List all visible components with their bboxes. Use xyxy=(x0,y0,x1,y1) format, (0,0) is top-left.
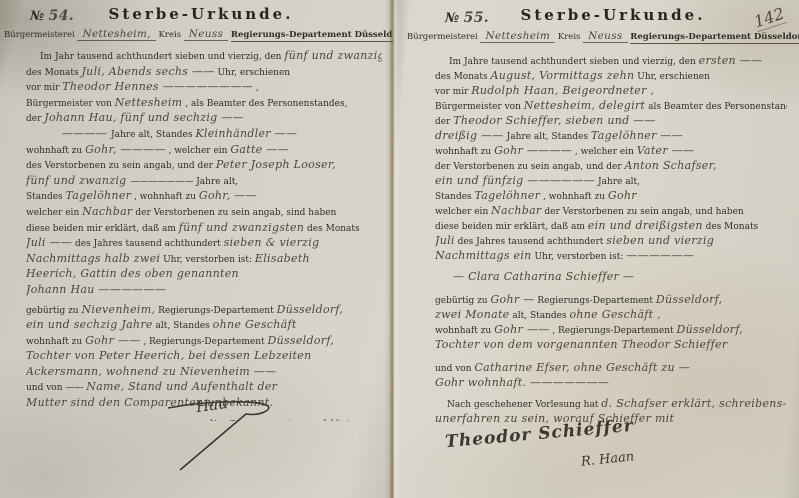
right-page: № 55. Sterbe-Urkunde. 142 Bürgermeistere… xyxy=(393,0,799,498)
bureau-line-left: Bürgermeisterei Nettesheim, Kreis Neuss … xyxy=(4,28,409,40)
form-line: Nachmittags ein Uhr, verstorben ist: ———… xyxy=(435,249,787,264)
handwritten-text: fünf und zwanzigsten xyxy=(179,221,304,234)
handwritten-text: dreißig —— xyxy=(435,129,504,142)
form-line: Standes Tagelöhner , wohnhaft zu Gohr, —… xyxy=(26,189,382,205)
printed-text: , welcher ein xyxy=(572,147,637,157)
printed-text: Im Jahr tausend achthundert sieben und v… xyxy=(40,52,284,62)
form-line: ein und fünfzig —————— Jahre alt, xyxy=(435,174,787,189)
handwritten-text: Name, Stand und Aufenthalt der xyxy=(86,380,277,393)
printed-text: gebürtig zu xyxy=(435,296,490,306)
handwritten-text: fünf und zwanzig xyxy=(26,174,130,187)
printed-text: Uhr, verstorben ist: xyxy=(532,252,627,262)
handwritten-text: Tochter von dem vorgenannten Theodor Sch… xyxy=(435,338,727,351)
printed-text: des Monats xyxy=(435,72,490,82)
handwritten-text: Vater —— xyxy=(637,144,695,157)
handwritten-text: Nettesheim xyxy=(115,96,183,109)
printed-text: und von xyxy=(435,364,474,374)
handwritten-text: Düsseldorf, xyxy=(267,334,334,347)
form-line: und von —— Name, Stand und Aufenthalt de… xyxy=(26,380,382,396)
form-line: Heerich, Gattin des oben genannten xyxy=(26,267,382,283)
kreis-name: Neuss xyxy=(583,30,627,43)
handwritten-text: Tagelöhner —— xyxy=(591,129,683,142)
printed-text: als Beamter des Personenstandes, xyxy=(645,102,787,112)
printed-text: Uhr, verstorben ist: xyxy=(160,255,255,265)
page-title: Sterbe-Urkunde. xyxy=(56,5,346,23)
form-line: des Monats August, Vormittags zehn Uhr, … xyxy=(435,69,787,84)
printed-text: Bürgermeister von xyxy=(26,99,115,109)
form-line: Standes Tagelöhner , wohnhaft zu Gohr xyxy=(435,189,787,204)
handwritten-text: Gohr wohnhaft. ——————— xyxy=(435,376,609,389)
printed-text: Standes xyxy=(26,192,66,202)
printed-text: der Verstorbenen zu sein angab, und der xyxy=(435,162,625,172)
handwritten-text: ein und dreißigsten xyxy=(588,219,703,232)
left-page: № 54. Sterbe-Urkunde. Bürgermeisterei Ne… xyxy=(0,0,393,498)
handwritten-text: Anton Schafser, xyxy=(625,159,717,172)
form-line: gebürtig zu Gohr — Regierungs-Departemen… xyxy=(435,293,787,308)
handwritten-text: Gohr ———— xyxy=(494,144,572,157)
form-line: der Johann Hau, fünf und sechzig —— xyxy=(26,111,382,127)
handwritten-text: Gohr — xyxy=(490,293,534,306)
handwritten-text: Juli xyxy=(435,234,455,247)
form-line: Nachmittags halb zwei Uhr, verstorben is… xyxy=(26,252,382,268)
handwritten-text: sieben und vierzig xyxy=(606,234,714,247)
form-line: Tochter von dem vorgenannten Theodor Sch… xyxy=(435,338,787,353)
handwritten-text: ein und fünfzig —————— xyxy=(435,174,595,187)
number-sign: № xyxy=(445,11,459,26)
form-line: und von Catharine Efser, ohne Geschäft z… xyxy=(435,361,787,376)
record-number-right: № 55. xyxy=(445,10,489,26)
handwritten-text: fünf und zwanzigsten xyxy=(284,49,382,62)
form-line: Johann Hau —————— xyxy=(26,283,382,299)
printed-text: Standes xyxy=(435,192,475,202)
handwritten-text: Theodor Hennes ———————— xyxy=(62,80,253,93)
signature-registrar: R. Haan xyxy=(580,449,635,469)
form-line: fünf und zwanzig ——————— Jahre alt, xyxy=(26,174,382,190)
printed-text: und von —— xyxy=(26,383,86,393)
printed-text: wohnhaft zu xyxy=(435,147,494,157)
handwritten-text: Nachbar xyxy=(82,205,132,218)
printed-text: Regierungs-Departement xyxy=(535,296,656,306)
printed-text: alt, Standes xyxy=(153,321,213,331)
printed-text: Uhr, erschienen xyxy=(634,72,710,82)
department-label: Regierungs-Departement Düsseldorf. xyxy=(231,30,409,42)
handwritten-text: Catharine Efser, ohne Geschäft zu — xyxy=(474,361,690,374)
handwritten-text: Ackersmann, wohnend zu Nievenheim —— xyxy=(26,365,276,378)
printed-text: , wohnhaft zu xyxy=(131,192,199,202)
handwritten-text: Düsseldorf, xyxy=(656,293,723,306)
handwritten-text: Tagelöhner xyxy=(475,189,541,202)
handwritten-text: Johann Hau, fünf und sechzig —— xyxy=(44,111,244,124)
printed-text: der xyxy=(26,114,44,124)
handwritten-text: Gatte —— xyxy=(230,143,289,156)
printed-text: wohnhaft zu xyxy=(26,146,85,156)
printed-text: des Verstorbenen zu sein angab, und der xyxy=(26,161,216,171)
form-line: Tochter von Peter Heerich, bei dessen Le… xyxy=(26,349,382,365)
printed-text: Bürgermeister von xyxy=(435,102,524,112)
handwritten-text: —————— xyxy=(626,249,694,262)
form-line: Im Jahr tausend achthundert sieben und v… xyxy=(26,49,382,65)
department-label: Regierungs-Departement Düsseldorf. xyxy=(630,32,799,44)
printed-text: des Jahres tausend achthundert xyxy=(72,239,224,249)
printed-text: vor mir xyxy=(26,83,62,93)
form-line: wohnhaft zu Gohr —— , Regierungs-Departe… xyxy=(26,334,382,350)
book-spine-gutter xyxy=(384,0,400,498)
printed-text: diese beiden mir erklärt, daß am xyxy=(435,222,588,232)
form-line: Bürgermeister von Nettesheim, delegirt a… xyxy=(435,99,787,114)
register-book-spread: № 54. Sterbe-Urkunde. Bürgermeisterei Ne… xyxy=(0,0,799,498)
handwritten-text: Peter Joseph Looser, xyxy=(216,158,336,171)
printed-text: , Regierungs-Departement xyxy=(549,326,676,336)
number-sign: № xyxy=(30,9,44,24)
handwritten-text: Kleinhändler —— xyxy=(195,127,297,140)
handwritten-text: Nievenheim, xyxy=(81,303,155,316)
form-line: wohnhaft zu Gohr, ———— , welcher ein Gat… xyxy=(26,143,382,159)
handwritten-text: Tochter von Peter Heerich, bei dessen Le… xyxy=(26,349,311,362)
printed-text: des Monats xyxy=(26,68,81,78)
form-line: Juli des Jahres tausend achthundert sieb… xyxy=(435,234,787,249)
form-line: diese beiden mir erklärt, daß am fünf un… xyxy=(26,221,382,237)
form-line: ein und sechzig Jahre alt, Standes ohne … xyxy=(26,318,382,334)
handwritten-text: Nachmittags halb zwei xyxy=(26,252,160,265)
printed-text: Jahre alt, Standes xyxy=(111,130,195,140)
printed-text: wohnhaft zu xyxy=(26,337,85,347)
form-line: vor mir Theodor Hennes ———————— , xyxy=(26,80,382,96)
handwritten-text: Gohr —— xyxy=(85,334,140,347)
signature-flourish xyxy=(150,398,310,478)
handwritten-text: ———— xyxy=(62,127,111,140)
printed-text: Im Jahre tausend achthundert sieben und … xyxy=(449,57,699,67)
printed-text: , Regierungs-Departement xyxy=(140,337,267,347)
form-line: zwei Monate alt, Standes ohne Geschäft , xyxy=(435,308,787,323)
handwritten-text: zwei Monate xyxy=(435,308,510,321)
form-line: Bürgermeister von Nettesheim , als Beamt… xyxy=(26,96,382,112)
form-line: des Monats Juli, Abends sechs —— Uhr, er… xyxy=(26,65,382,81)
form-line: Gohr wohnhaft. ——————— xyxy=(435,376,787,391)
form-line: welcher ein Nachbar der Verstorbenen zu … xyxy=(435,204,787,219)
form-line: des Verstorbenen zu sein angab, und der … xyxy=(26,158,382,174)
bureau-line-right: Bürgermeisterei Nettesheim Kreis Neuss R… xyxy=(407,30,799,42)
handwritten-text: Johann Hau —————— xyxy=(26,283,166,296)
handwritten-text: Nachbar xyxy=(491,204,541,217)
form-line: — Clara Catharina Schieffer — xyxy=(435,270,787,285)
form-line: wohnhaft zu Gohr —— , Regierungs-Departe… xyxy=(435,323,787,338)
handwritten-text: Theodor Schieffer, sieben und —— xyxy=(453,114,656,127)
form-line: Nach geschehener Vorlesung hat d. Schafs… xyxy=(435,397,787,412)
form-line: wohnhaft zu Gohr ———— , welcher ein Vate… xyxy=(435,144,787,159)
handwritten-text: Juli, Abends sechs —— xyxy=(81,65,214,78)
form-line: gebürtig zu Nievenheim, Regierungs-Depar… xyxy=(26,303,382,319)
printed-text: Jahre alt, Standes xyxy=(504,132,591,142)
handwritten-text: ersten —— xyxy=(699,54,763,67)
printed-text: Uhr, erschienen xyxy=(215,68,291,78)
form-line: der Theodor Schieffer, sieben und —— xyxy=(435,114,787,129)
kreis-label: Kreis xyxy=(558,32,581,42)
form-line: diese beiden mir erklärt, daß am ein und… xyxy=(435,219,787,234)
handwritten-text: Tagelöhner xyxy=(66,189,132,202)
handwritten-text: Nettesheim, delegirt xyxy=(524,99,645,112)
printed-text: des Jahres tausend achthundert xyxy=(455,237,607,247)
printed-text: der Verstorbenen zu sein angab, sind hab… xyxy=(133,208,337,218)
handwritten-text: Gohr —— xyxy=(494,323,549,336)
form-line: welcher ein Nachbar der Verstorbenen zu … xyxy=(26,205,382,221)
printed-text: , welcher ein xyxy=(166,146,231,156)
printed-text: ——————— Jahre alt, xyxy=(130,177,238,187)
handwritten-text: Elisabeth xyxy=(255,252,310,265)
printed-text: , wohnhaft zu xyxy=(540,192,608,202)
bureau-name: Nettesheim, xyxy=(77,28,155,41)
printed-text: wohnhaft zu xyxy=(435,326,494,336)
printed-text: vor mir xyxy=(435,87,471,97)
handwritten-text: Gohr, ———— xyxy=(85,143,166,156)
handwritten-text: Nachmittags ein xyxy=(435,249,532,262)
handwritten-text: August, Vormittags zehn xyxy=(490,69,634,82)
printed-text: , als Beamter des Personenstandes, xyxy=(182,99,347,109)
printed-text: welcher ein xyxy=(26,208,82,218)
kreis-label: Kreis xyxy=(159,30,182,40)
printed-text: des Monats xyxy=(304,224,359,234)
kreis-name: Neuss xyxy=(184,28,228,41)
bureau-label: Bürgermeisterei xyxy=(407,32,478,42)
form-line: Ackersmann, wohnend zu Nievenheim —— xyxy=(26,365,382,381)
handwritten-text: Gohr xyxy=(608,189,637,202)
form-line: dreißig —— Jahre alt, Standes Tagelöhner… xyxy=(435,129,787,144)
handwritten-text: Gohr, —— xyxy=(199,189,257,202)
form-body-left: Im Jahr tausend achthundert sieben und v… xyxy=(26,49,382,421)
handwritten-text: Heerich, Gattin des oben genannten xyxy=(26,267,239,280)
printed-text: Jahre alt, xyxy=(595,177,640,187)
form-line: Juli —— des Jahres tausend achthundert s… xyxy=(26,236,382,252)
folio-mark: 142 xyxy=(752,4,787,32)
printed-text: Nach geschehener Vorlesung hat xyxy=(447,400,601,410)
handwritten-text: ohne Geschäft , xyxy=(569,308,661,321)
printed-text: alt, Standes xyxy=(510,311,570,321)
handwritten-text: ein und sechzig Jahre xyxy=(26,318,153,331)
handwritten-text: Juli —— xyxy=(26,236,72,249)
handwritten-text: Düsseldorf, xyxy=(676,323,743,336)
form-line: der Verstorbenen zu sein angab, und der … xyxy=(435,159,787,174)
handwritten-text: Düsseldorf, xyxy=(277,303,344,316)
record-number-value: 55. xyxy=(464,10,489,26)
handwritten-text: sieben & vierzig xyxy=(224,236,320,249)
form-body-right: Im Jahre tausend achthundert sieben und … xyxy=(435,54,787,426)
printed-text: welcher ein xyxy=(435,207,491,217)
printed-text: diese beiden mir erklärt, daß am xyxy=(26,224,179,234)
handwritten-text: d. Schafser erklärt, schreibens- xyxy=(601,397,786,410)
page-title: Sterbe-Urkunde. xyxy=(503,6,723,24)
form-line: vor mir Rudolph Haan, Beigeordneter , xyxy=(435,84,787,99)
printed-text: Regierungs-Departement xyxy=(155,306,276,316)
handwritten-text: Rudolph Haan, Beigeordneter , xyxy=(471,84,654,97)
printed-text: des Monats xyxy=(703,222,758,232)
form-line: ———— Jahre alt, Standes Kleinhändler —— xyxy=(26,127,382,143)
bureau-name: Nettesheim xyxy=(480,30,555,43)
handwritten-text: — Clara Catharina Schieffer — xyxy=(453,270,634,283)
bureau-label: Bürgermeisterei xyxy=(4,30,75,40)
printed-text: gebürtig zu xyxy=(26,306,81,316)
form-line: Im Jahre tausend achthundert sieben und … xyxy=(435,54,787,69)
printed-text: der xyxy=(435,117,453,127)
printed-text: , xyxy=(253,83,259,93)
handwritten-text: ohne Geschäft xyxy=(213,318,297,331)
printed-text: der Verstorbenen zu sein angab, und habe… xyxy=(542,207,744,217)
